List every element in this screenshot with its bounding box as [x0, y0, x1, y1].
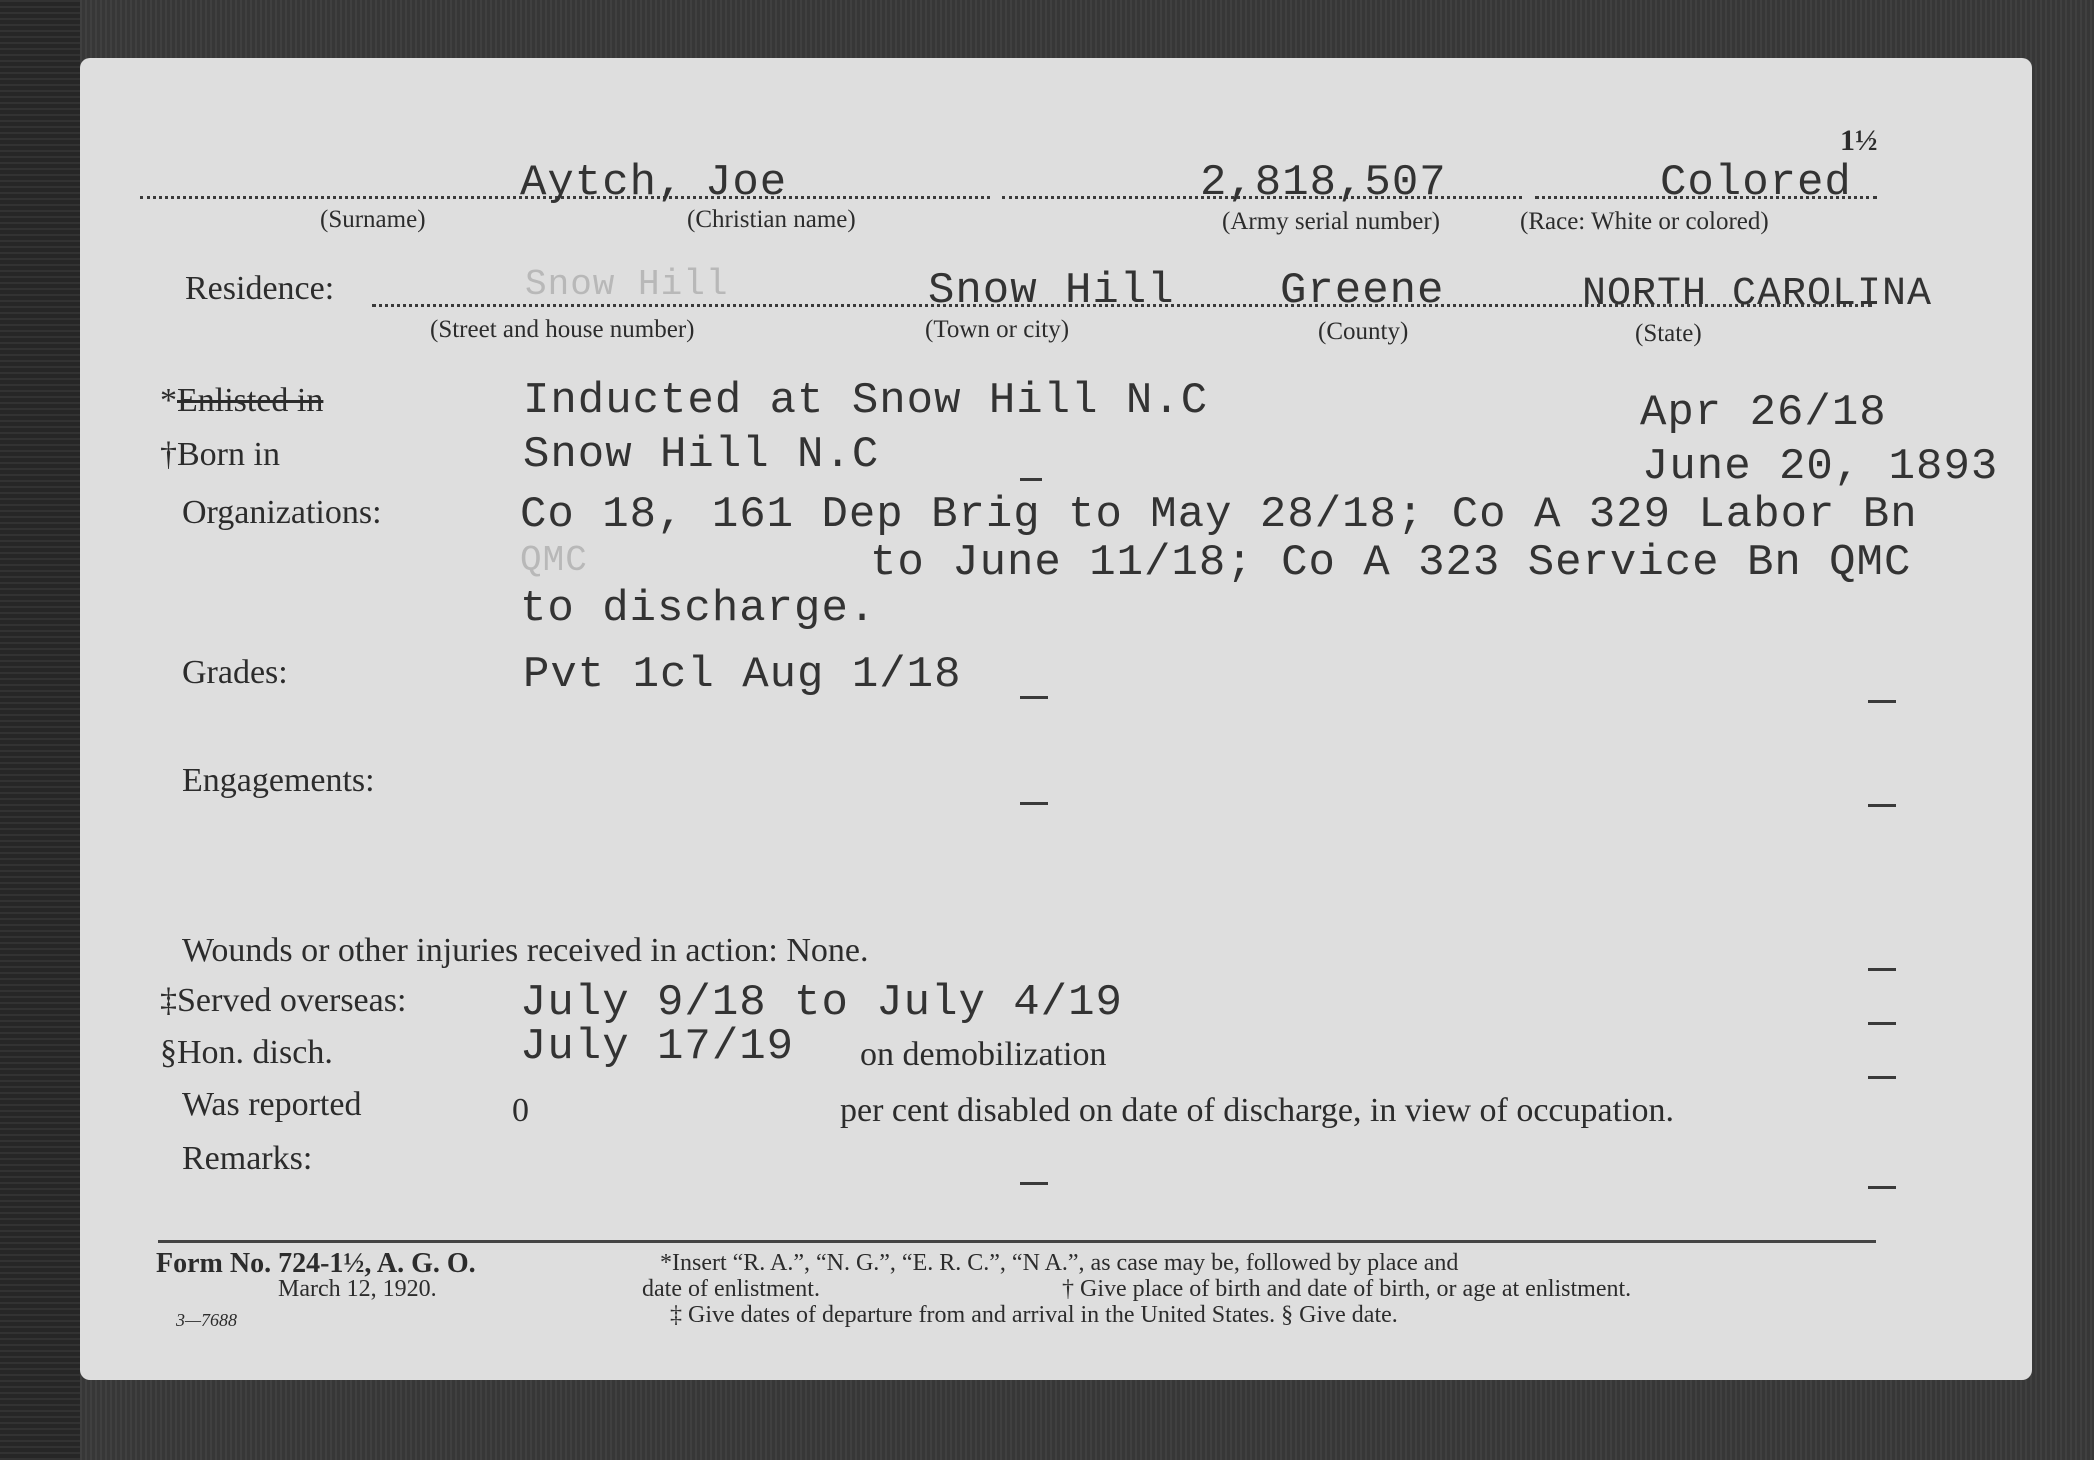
dash-mark: [1868, 804, 1896, 807]
born-row-label: †Born in: [160, 436, 280, 474]
engagements-label: Engagements:: [182, 762, 375, 800]
dash-mark: [1868, 968, 1896, 971]
enlisted-row-label: *Enlisted in: [160, 382, 323, 420]
footnote-2: † Give place of birth and date of birth,…: [1062, 1276, 1631, 1303]
footer-rule: [158, 1240, 1876, 1243]
christian-name-label: (Christian name): [687, 206, 856, 234]
organizations-label: Organizations:: [182, 494, 382, 532]
town-value: Snow Hill: [928, 266, 1175, 316]
dash-mark: [1868, 700, 1896, 703]
remarks-label: Remarks:: [182, 1140, 312, 1178]
dash-mark: [1020, 696, 1048, 699]
discharge-note: on demobilization: [860, 1036, 1106, 1074]
wounds-row: Wounds or other injuries received in act…: [182, 932, 869, 970]
organizations-line-1: Co 18, 161 Dep Brig to May 28/18; Co A 3…: [520, 490, 1918, 540]
disability-label: Was reported: [182, 1086, 361, 1124]
wounds-label: Wounds or other injuries received in act…: [182, 932, 778, 969]
asterisk-marker: *: [160, 382, 177, 419]
surname-label: (Surname): [320, 206, 426, 234]
disability-text: per cent disabled on date of discharge, …: [840, 1092, 1674, 1130]
county-value: Greene: [1280, 266, 1444, 316]
organizations-line-2: to June 11/18; Co A 323 Service Bn QMC: [870, 538, 1911, 588]
overseas-value: July 9/18 to July 4/19: [520, 978, 1123, 1028]
organizations-faint-prefix: QMC: [520, 540, 588, 581]
town-label: (Town or city): [925, 316, 1069, 344]
section-marker: §: [160, 1034, 177, 1071]
born-label: Born in: [177, 436, 280, 473]
discharge-label: Hon. disch.: [177, 1034, 333, 1071]
footnote-3: ‡ Give dates of departure from and arriv…: [670, 1302, 1398, 1329]
christian-name-value: Joe: [705, 158, 787, 208]
disability-percent-value: 0: [512, 1092, 529, 1130]
race-value: Colored: [1660, 158, 1852, 208]
race-label: (Race: White or colored): [1520, 208, 1769, 236]
dash-mark: [1020, 1182, 1048, 1185]
dash-mark: [1020, 802, 1048, 805]
dash-mark: [1020, 478, 1042, 481]
dash-mark: [1868, 1022, 1896, 1025]
enlisted-date: Apr 26/18: [1640, 388, 1887, 438]
county-label: (County): [1318, 318, 1408, 346]
enlisted-value: Inducted at Snow Hill N.C: [523, 376, 1208, 426]
double-dagger-marker: ‡: [160, 982, 177, 1019]
corner-mark: 1½: [1840, 124, 1878, 158]
serial-number-label: (Army serial number): [1222, 208, 1440, 236]
dash-mark: [1868, 1186, 1896, 1189]
discharge-date: July 17/19: [520, 1022, 794, 1072]
grades-value: Pvt 1cl Aug 1/18: [523, 650, 961, 700]
street-faint-value: Snow Hill: [525, 264, 728, 305]
born-date: June 20, 1893: [1642, 442, 1998, 492]
born-value: Snow Hill N.C: [523, 430, 879, 480]
footnote-1a: *Insert “R. A.”, “N. G.”, “E. R. C.”, “N…: [660, 1250, 1458, 1277]
background-left-strip: [0, 0, 80, 1460]
state-value: NORTH CAROLINA: [1582, 272, 1932, 317]
service-record-card: 1½ Aytch, Joe 2,818,507 Colored (Surname…: [80, 58, 2032, 1380]
grades-label: Grades:: [182, 654, 288, 692]
street-label: (Street and house number): [430, 316, 695, 344]
overseas-label: Served overseas:: [177, 982, 406, 1019]
dagger-marker: †: [160, 436, 177, 473]
footnote-1b: date of enlistment.: [642, 1276, 820, 1303]
serial-number-value: 2,818,507: [1200, 158, 1447, 208]
organizations-line-3: to discharge.: [520, 584, 876, 634]
wounds-value: None.: [786, 932, 868, 969]
residence-label: Residence:: [185, 270, 334, 308]
enlisted-label: Enlisted in: [177, 382, 323, 419]
overseas-row-label: ‡Served overseas:: [160, 982, 406, 1020]
form-date: March 12, 1920.: [278, 1276, 437, 1303]
dash-mark: [1868, 1076, 1896, 1079]
print-code: 3—7688: [176, 1310, 237, 1331]
surname-value: Aytch,: [520, 158, 684, 208]
discharge-row-label: §Hon. disch.: [160, 1034, 333, 1072]
state-label: (State): [1635, 320, 1702, 348]
